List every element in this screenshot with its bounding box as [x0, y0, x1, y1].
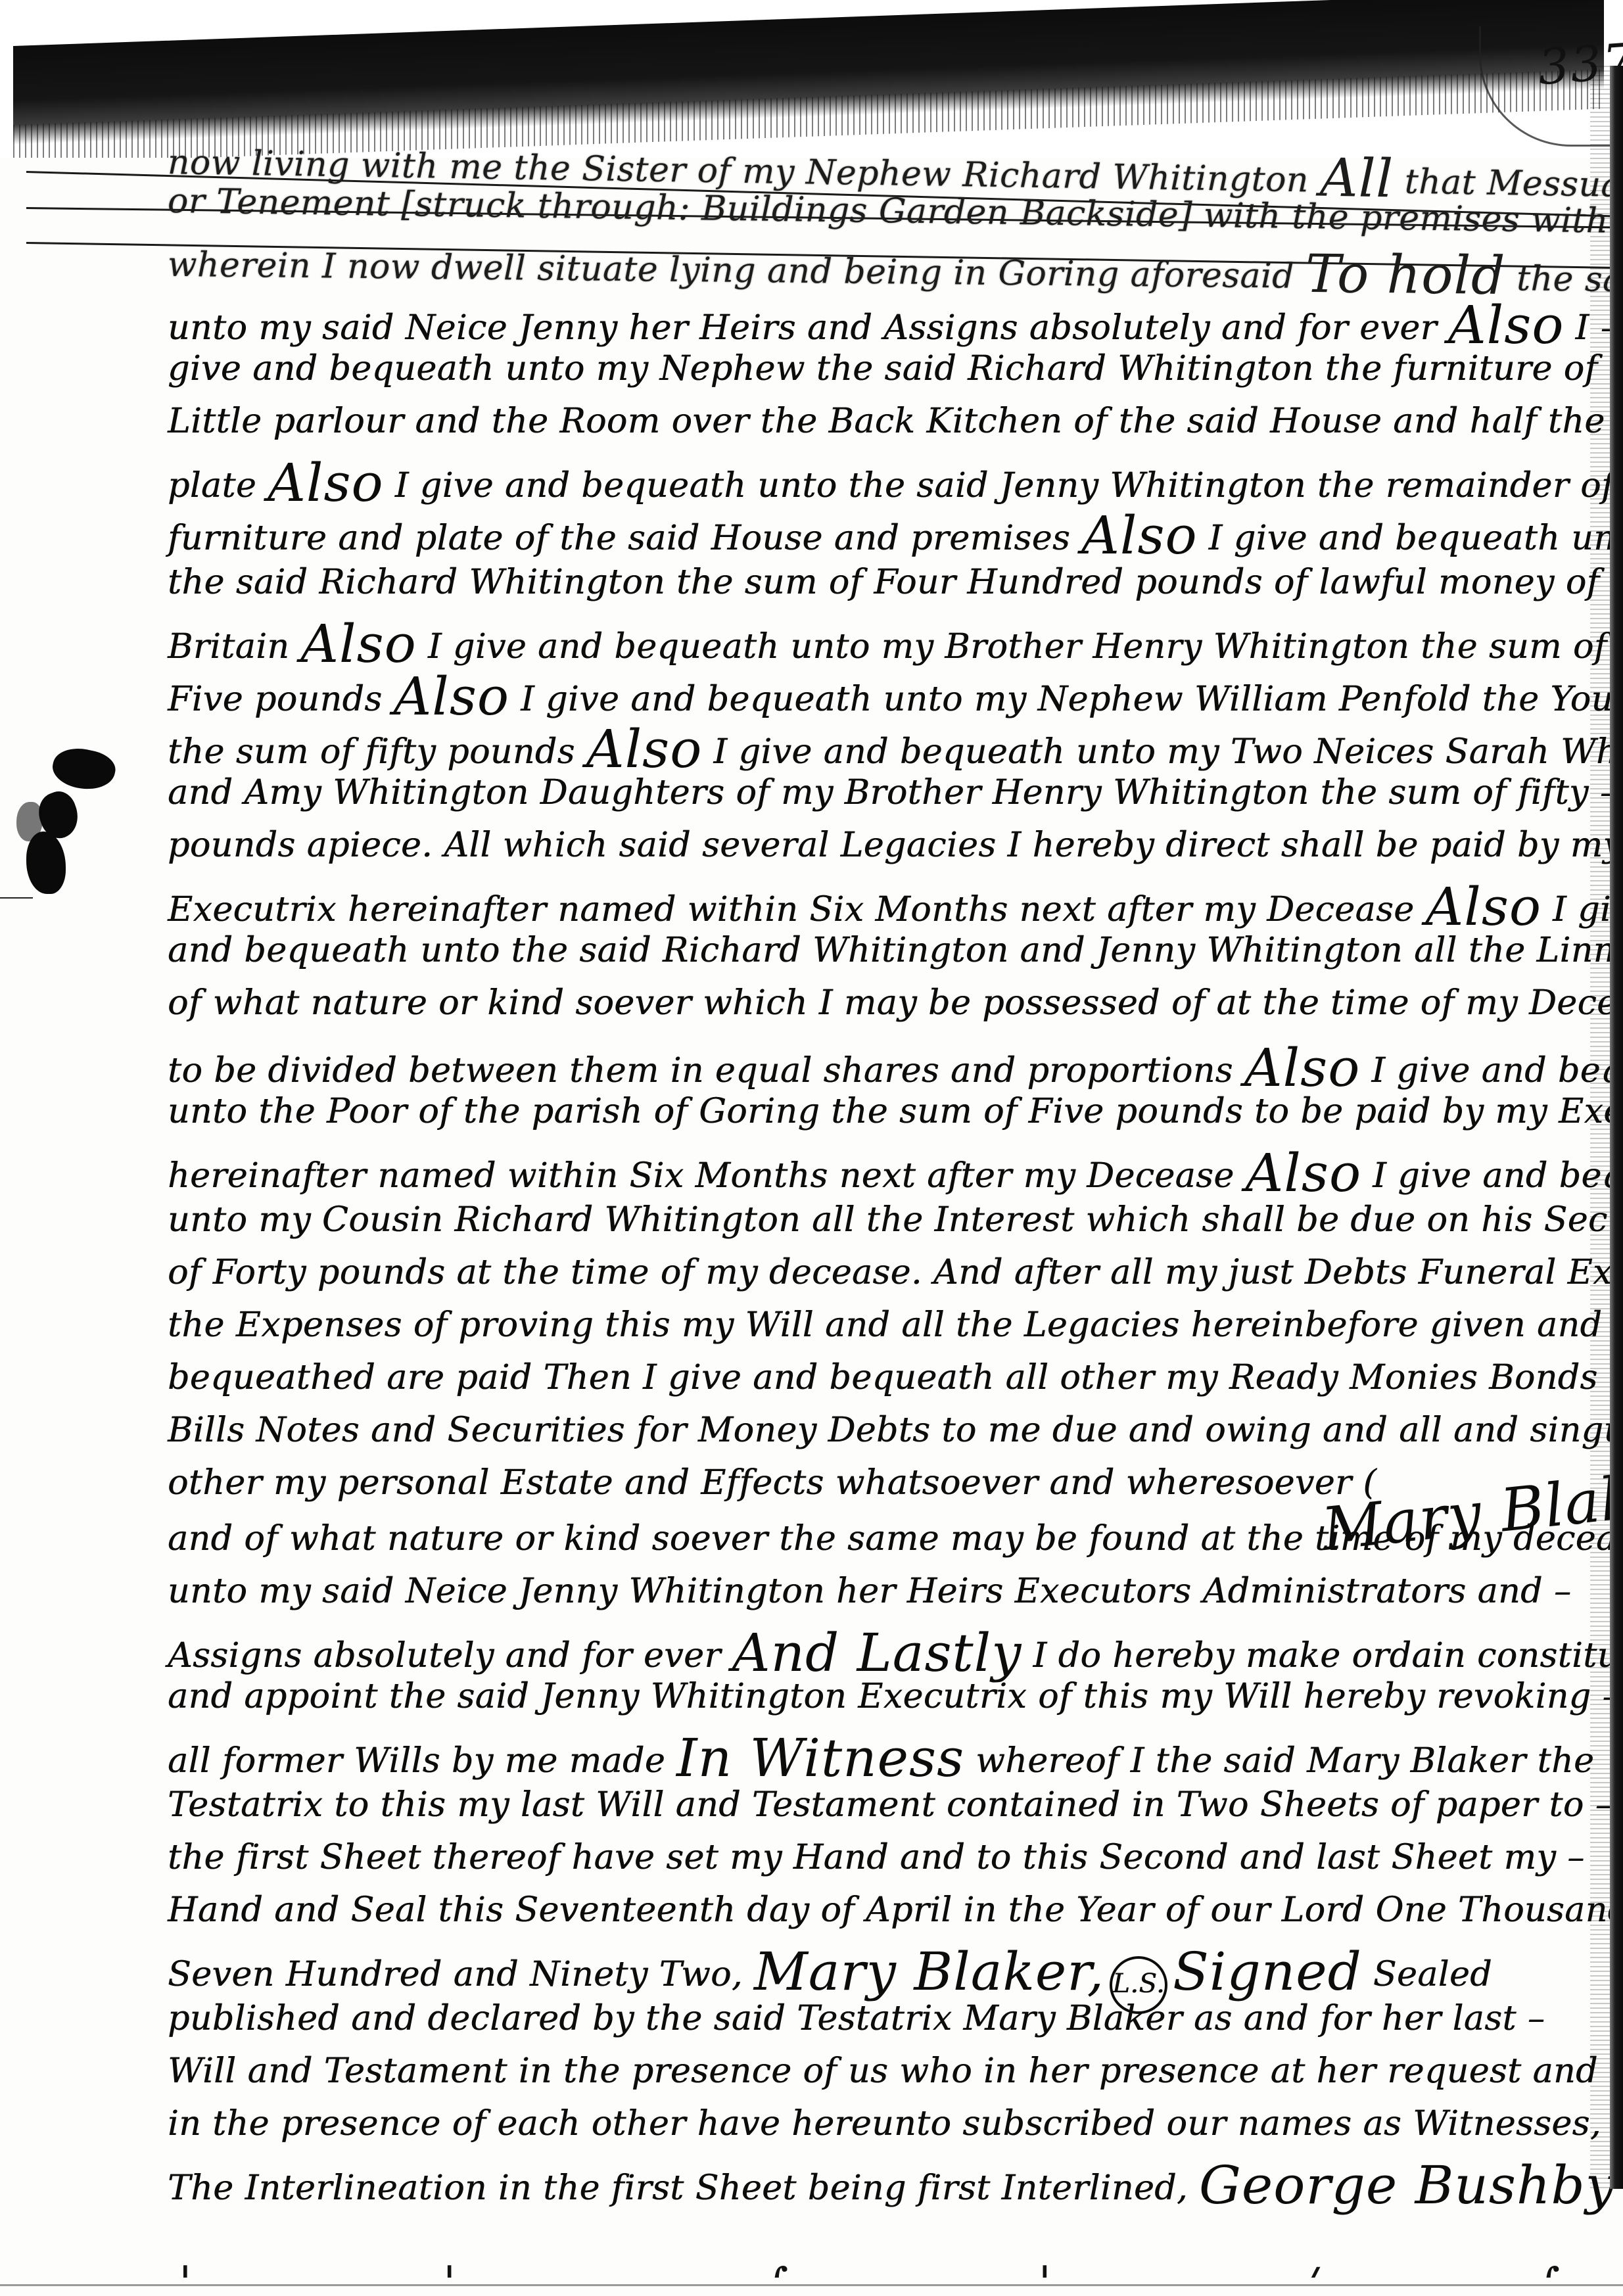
will-line-7: plate Also I give and bequeath unto the … [168, 457, 1581, 509]
will-line-5: give and bequeath unto my Nephew the sai… [168, 352, 1581, 386]
will-line-38: in the presence of each other have hereu… [168, 2107, 1581, 2141]
flourish-word: Also [1081, 505, 1198, 566]
will-line-33: the first Sheet thereof have set my Hand… [168, 1840, 1581, 1875]
scan-bottom-edge [0, 2284, 1623, 2286]
line-text: and bequeath unto the said Richard Whiti… [168, 931, 1623, 970]
line-text: of what nature or kind soever which I ma… [168, 983, 1623, 1023]
line-text: furniture and plate of the said House an… [168, 519, 1081, 558]
scanner-band-shadow [13, 0, 1604, 145]
line-text: and Amy Whitington Daughters of my Broth… [168, 773, 1617, 812]
will-line-29: Assigns absolutely and for ever And Last… [168, 1627, 1581, 1679]
line-text: all former Wills by me made [168, 1741, 676, 1781]
will-line-25: Bills Notes and Securities for Money Deb… [168, 1413, 1581, 1447]
line-text-after: I give and bequeath unto my Nephew Willi… [509, 680, 1623, 719]
line-text: the Expenses of proving this my Will and… [168, 1305, 1623, 1345]
line-text: bequeathed are paid Then I give and bequ… [168, 1358, 1598, 1397]
line-text: Assigns absolutely and for ever [168, 1636, 732, 1675]
line-text: the said Richard Whitington the sum of F… [168, 563, 1623, 602]
line-text-after: I give and bequeath [1361, 1156, 1623, 1196]
scan-edge-speckle [1590, 66, 1610, 2189]
line-text: The Interlineation in the first Sheet be… [168, 2168, 1199, 2208]
line-text-after: I do hereby make ordain constitute [1022, 1636, 1623, 1675]
line-text: published and declared by the said Testa… [168, 1999, 1545, 2038]
line-text: unto my said Neice Jenny her Heirs and A… [168, 308, 1448, 348]
will-line-15: Executrix hereinafter named within Six M… [168, 881, 1581, 933]
line-text: of Forty pounds at the time of my deceas… [168, 1253, 1623, 1292]
flourish-word: Also [1244, 1037, 1361, 1098]
line-text: unto my said Neice Jenny Whitington her … [168, 1572, 1571, 1611]
will-line-6: Little parlour and the Room over the Bac… [168, 404, 1581, 438]
will-line-8: furniture and plate of the said House an… [168, 509, 1581, 562]
line-text: the first Sheet thereof have set my Hand… [168, 1838, 1585, 1877]
line-text: wherein I now dwell situate lying and be… [168, 245, 1306, 296]
will-line-31: all former Wills by me made In Witness w… [168, 1732, 1581, 1785]
will-line-20: hereinafter named within Six Months next… [168, 1147, 1581, 1200]
signed-flourish-word: Signed [1173, 1941, 1362, 2002]
line-text: Executrix hereinafter named within Six M… [168, 890, 1425, 929]
line-text: unto my Cousin Richard Whitington all th… [168, 1200, 1623, 1240]
flourish-word: Also [1246, 1142, 1362, 1204]
ink-blot [49, 743, 118, 795]
will-line-39-witness: The Interlineation in the first Sheet be… [168, 2159, 1581, 2212]
line-text-after: I give and bequeath unto the said Jenny … [384, 466, 1623, 505]
will-line-34: Hand and Seal this Seventeenth day of Ap… [168, 1893, 1581, 1927]
line-text: Hand and Seal this Seventeenth day of Ap… [168, 1890, 1623, 1930]
line-text: hereinafter named within Six Months next… [168, 1156, 1246, 1196]
line-text-after: I give and bequeath unto my Two Neices S… [702, 732, 1623, 772]
will-line-30: and appoint the said Jenny Whitington Ex… [168, 1679, 1581, 1714]
will-line-12: the sum of fifty pounds Also I give and … [168, 723, 1581, 776]
will-line-24: bequeathed are paid Then I give and bequ… [168, 1361, 1581, 1395]
line-text-after: Sealed [1362, 1955, 1492, 1994]
flourish-word: Also [1448, 294, 1564, 356]
will-line-28: unto my said Neice Jenny Whitington her … [168, 1574, 1581, 1608]
flourish-word: Also [1425, 876, 1541, 937]
will-line-22: of Forty pounds at the time of my deceas… [168, 1255, 1581, 1290]
scan-right-edge [1610, 66, 1623, 2189]
flourish-word: Also [586, 718, 703, 780]
line-text: in the presence of each other have hereu… [168, 2104, 1601, 2144]
will-line-10: Britain Also I give and bequeath unto my… [168, 618, 1581, 670]
line-text: other my personal Estate and Effects wha… [168, 1463, 1376, 1503]
will-line-11: Five pounds Also I give and bequeath unt… [168, 670, 1581, 723]
flourish-word: Also [268, 452, 384, 513]
line-text-after: I give and bequeath unto my Brother Henr… [417, 627, 1607, 667]
will-line-18: to be divided between them in equal shar… [168, 1042, 1581, 1094]
testatrix-signature: Mary Blaker, [754, 1941, 1104, 2002]
will-line-36: published and declared by the said Testa… [168, 2002, 1581, 2036]
line-text: give and bequeath unto my Nephew the sai… [168, 349, 1623, 388]
line-text: Britain [168, 627, 300, 667]
will-line-21: unto my Cousin Richard Whitington all th… [168, 1203, 1581, 1237]
line-text: plate [168, 466, 268, 505]
flourish-word: Also [393, 666, 509, 727]
will-line-13: and Amy Whitington Daughters of my Broth… [168, 776, 1581, 810]
will-line-4: unto my said Neice Jenny her Heirs and A… [168, 299, 1581, 352]
will-line-23: the Expenses of proving this my Will and… [168, 1308, 1581, 1342]
line-text-after: I give and bequeath [1360, 1051, 1623, 1090]
line-text: pounds apiece. All which said several Le… [168, 826, 1623, 865]
will-line-37: Will and Testament in the presence of us… [168, 2054, 1581, 2088]
line-text: Will and Testament in the presence of us… [168, 2051, 1598, 2091]
flourish-word: And Lastly [732, 1622, 1022, 1683]
line-text-after: I give and bequeath unto – [1198, 519, 1623, 558]
ink-blot [26, 832, 66, 894]
flourish-word: In Witness [676, 1727, 964, 1789]
will-line-16: and bequeath unto the said Richard Whiti… [168, 933, 1581, 968]
line-text: the sum of fifty pounds [168, 732, 586, 772]
line-text: Bills Notes and Securities for Money Deb… [168, 1411, 1623, 1450]
line-text-after: whereof I the said Mary Blaker the [964, 1741, 1594, 1781]
line-text: and appoint the said Jenny Whitington Ex… [168, 1677, 1620, 1716]
line-text: unto the Poor of the parish of Goring th… [168, 1092, 1623, 1131]
will-line-3: wherein I now dwell situate lying and be… [168, 236, 1582, 304]
line-text: Little parlour and the Room over the Bac… [168, 402, 1623, 441]
line-text: Five pounds [168, 680, 393, 719]
will-line-14: pounds apiece. All which said several Le… [168, 828, 1581, 862]
line-text: Seven Hundred and Ninety Two, [168, 1955, 754, 1994]
margin-tick-mark [0, 897, 33, 899]
cut-off-signature-strokes: | | ∫ | / ∫ [177, 2258, 1591, 2278]
will-line-32: Testatrix to this my last Will and Testa… [168, 1788, 1581, 1822]
will-line-19: unto the Poor of the parish of Goring th… [168, 1094, 1581, 1129]
will-line-9: the said Richard Whitington the sum of F… [168, 565, 1581, 599]
scanned-document-page: 337 now living with me the Sister of my … [0, 0, 1623, 2296]
line-text: Testatrix to this my last Will and Testa… [168, 1785, 1612, 1825]
line-text: to be divided between them in equal shar… [168, 1051, 1244, 1090]
witness-signature: George Bushby [1199, 2155, 1616, 2216]
will-line-17: of what nature or kind soever which I ma… [168, 986, 1581, 1020]
